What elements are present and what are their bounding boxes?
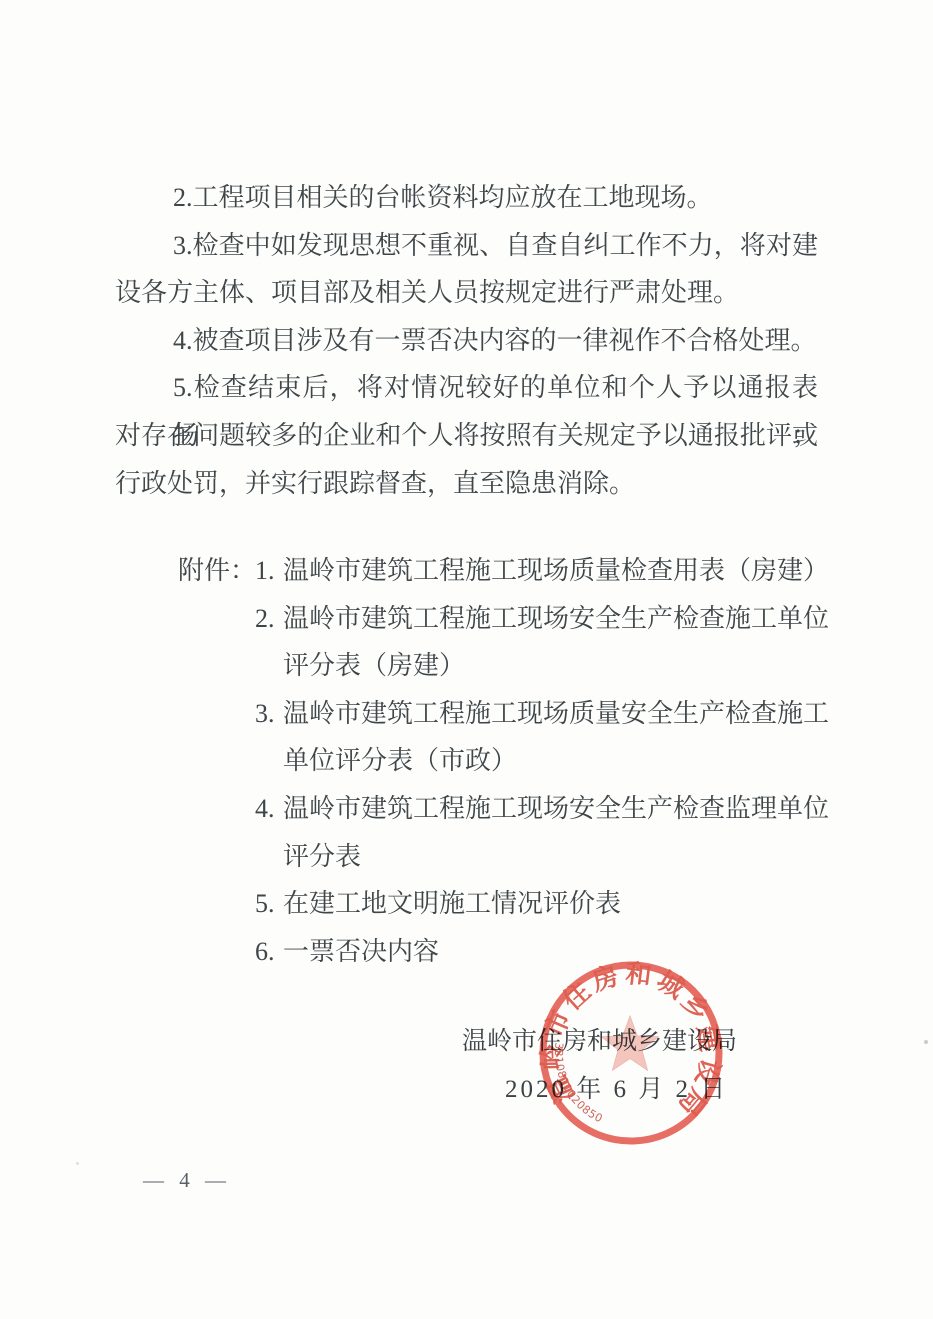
attachment-item-text: 温岭市建筑工程施工现场安全生产检查监理单位	[283, 794, 829, 823]
issuing-organization: 温岭市住房和城乡建设局	[462, 1025, 737, 1059]
body-line: 2.工程项目相关的台帐资料均应放在工地现场。	[115, 174, 818, 222]
attachment-item-text: 温岭市建筑工程施工现场质量检查用表（房建）	[283, 556, 829, 585]
attachment-item-text: 温岭市建筑工程施工现场质量安全生产检查施工	[283, 699, 829, 728]
attachment-item: 4.温岭市建筑工程施工现场安全生产检查监理单位 评分表	[255, 785, 855, 880]
attachment-item-number: 6.	[255, 928, 283, 976]
page-number: — 4 —	[143, 1168, 231, 1193]
attachments-label: 附件：	[178, 547, 256, 595]
attachment-item-text: 在建工地文明施工情况评价表	[283, 889, 621, 918]
attachment-item-continuation: 单位评分表（市政）	[255, 737, 855, 785]
attachment-item-text: 一票否决内容	[283, 937, 439, 966]
attachment-item: 3.温岭市建筑工程施工现场质量安全生产检查施工 单位评分表（市政）	[255, 690, 855, 785]
attachment-item-continuation: 评分表（房建）	[255, 642, 855, 690]
attachment-item-line: 1.温岭市建筑工程施工现场质量检查用表（房建）	[255, 547, 855, 595]
body-text: 2.工程项目相关的台帐资料均应放在工地现场。3.检查中如发现思想不重视、自查自纠…	[115, 174, 818, 507]
scan-speck	[924, 1040, 928, 1044]
attachment-item: 1.温岭市建筑工程施工现场质量检查用表（房建）	[255, 547, 855, 595]
body-line: 设各方主体、项目部及相关人员按规定进行严肃处理。	[115, 269, 818, 317]
body-line: 对存在问题较多的企业和个人将按照有关规定予以通报批评或	[115, 412, 818, 460]
body-line: 4.被查项目涉及有一票否决内容的一律视作不合格处理。	[115, 317, 818, 365]
body-line: 3.检查中如发现思想不重视、自查自纠工作不力，将对建	[115, 222, 818, 270]
attachment-item: 6.一票否决内容	[255, 928, 855, 976]
attachment-item-line: 4.温岭市建筑工程施工现场安全生产检查监理单位	[255, 785, 855, 833]
attachment-item-line: 3.温岭市建筑工程施工现场质量安全生产检查施工	[255, 690, 855, 738]
issue-date: 2020 年 6 月 2 日	[505, 1073, 728, 1107]
scan-speck	[76, 1162, 79, 1165]
attachment-item: 2.温岭市建筑工程施工现场安全生产检查施工单位 评分表（房建）	[255, 595, 855, 690]
body-line: 行政处罚，并实行跟踪督查，直至隐患消除。	[115, 460, 818, 508]
body-line: 5.检查结束后，将对情况较好的单位和个人予以通报表扬；	[115, 364, 818, 412]
attachment-item-line: 6.一票否决内容	[255, 928, 855, 976]
attachment-item-number: 5.	[255, 880, 283, 928]
attachment-item-number: 2.	[255, 595, 283, 643]
attachment-item-number: 1.	[255, 547, 283, 595]
attachment-item-number: 3.	[255, 690, 283, 738]
attachment-item-line: 5.在建工地文明施工情况评价表	[255, 880, 855, 928]
attachment-item-number: 4.	[255, 785, 283, 833]
attachments-list: 1.温岭市建筑工程施工现场质量检查用表（房建） 2.温岭市建筑工程施工现场安全生…	[255, 547, 855, 975]
document-page: 2.工程项目相关的台帐资料均应放在工地现场。3.检查中如发现思想不重视、自查自纠…	[0, 0, 933, 1319]
attachment-item-text: 温岭市建筑工程施工现场安全生产检查施工单位	[283, 604, 829, 633]
attachment-item: 5.在建工地文明施工情况评价表	[255, 880, 855, 928]
attachment-item-continuation: 评分表	[255, 833, 855, 881]
attachment-item-line: 2.温岭市建筑工程施工现场安全生产检查施工单位	[255, 595, 855, 643]
